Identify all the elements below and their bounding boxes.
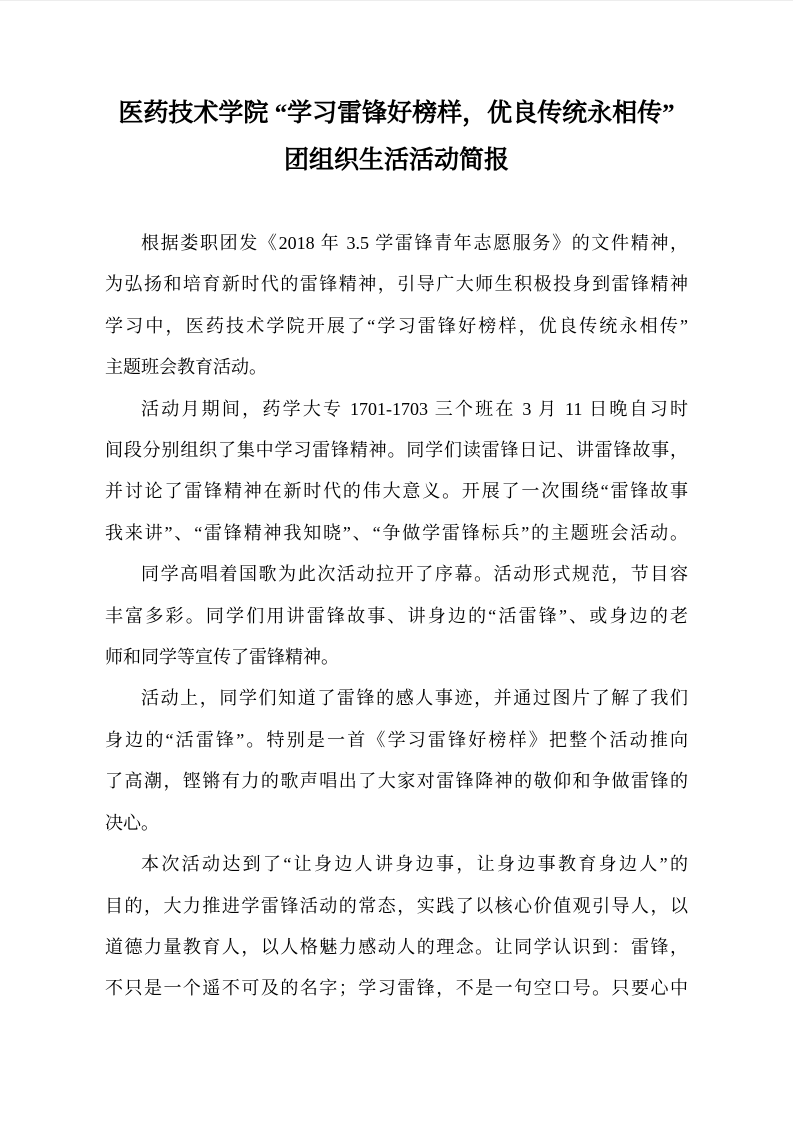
body-line: 活动月期间，药学大专 1701-1703 三个班在 3 月 11 日晚自习时 [105,389,688,430]
document-title: 医药技术学院 “学习雷锋好榜样，优良传统永相传” 团组织生活活动简报 [105,90,688,184]
body-line: 间段分别组织了集中学习雷锋精神。同学们读雷锋日记、讲雷锋故事， [105,430,688,471]
paragraph-3: 同学高唱着国歌为此次活动拉开了序幕。活动形式规范，节目容 丰富多彩。同学们用讲雷… [105,554,688,678]
body-line: 身边的“活雷锋”。特别是一首《学习雷锋好榜样》把整个活动推向 [105,720,688,761]
body-line: 师和同学等宣传了雷锋精神。 [105,637,688,678]
paragraph-1: 根据娄职团发《2018 年 3.5 学雷锋青年志愿服务》的文件精神， 为弘扬和培… [105,223,688,389]
body-line: 本次活动达到了“让身边人讲身边事，让身边事教育身边人”的 [105,844,688,885]
body-line: 丰富多彩。同学们用讲雷锋故事、讲身边的“活雷锋”、或身边的老 [105,596,688,637]
title-line-1: 医药技术学院 “学习雷锋好榜样，优良传统永相传” [105,90,688,137]
document-body: 根据娄职团发《2018 年 3.5 学雷锋青年志愿服务》的文件精神， 为弘扬和培… [105,223,688,1010]
paragraph-4: 活动上，同学们知道了雷锋的感人事迹，并通过图片了解了我们 身边的“活雷锋”。特别… [105,678,688,844]
body-line: 主题班会教育活动。 [105,347,688,388]
paragraph-2: 活动月期间，药学大专 1701-1703 三个班在 3 月 11 日晚自习时 间… [105,389,688,555]
body-line: 同学高唱着国歌为此次活动拉开了序幕。活动形式规范，节目容 [105,554,688,595]
body-line: 根据娄职团发《2018 年 3.5 学雷锋青年志愿服务》的文件精神， [105,223,688,264]
body-line: 决心。 [105,803,688,844]
body-line: 为弘扬和培育新时代的雷锋精神，引导广大师生积极投身到雷锋精神 [105,264,688,305]
document-page: 医药技术学院 “学习雷锋好榜样，优良传统永相传” 团组织生活活动简报 根据娄职团… [0,0,793,1122]
body-line: 目的，大力推进学雷锋活动的常态，实践了以核心价值观引导人，以 [105,886,688,927]
paragraph-5: 本次活动达到了“让身边人讲身边事，让身边事教育身边人”的 目的，大力推进学雷锋活… [105,844,688,1010]
body-line: 了高潮，铿锵有力的歌声唱出了大家对雷锋降神的敬仰和争做雷锋的 [105,761,688,802]
body-line: 活动上，同学们知道了雷锋的感人事迹，并通过图片了解了我们 [105,678,688,719]
body-line: 道德力量教育人，以人格魅力感动人的理念。让同学认识到：雷锋， [105,927,688,968]
body-line: 并讨论了雷锋精神在新时代的伟大意义。开展了一次围绕“雷锋故事 [105,471,688,512]
body-line: 不只是一个遥不可及的名字；学习雷锋，不是一句空口号。只要心中 [105,968,688,1009]
title-line-2: 团组织生活活动简报 [105,137,688,184]
body-line: 学习中，医药技术学院开展了“学习雷锋好榜样，优良传统永相传” [105,306,688,347]
body-line: 我来讲”、“雷锋精神我知晓”、“争做学雷锋标兵”的主题班会活动。 [105,513,688,554]
